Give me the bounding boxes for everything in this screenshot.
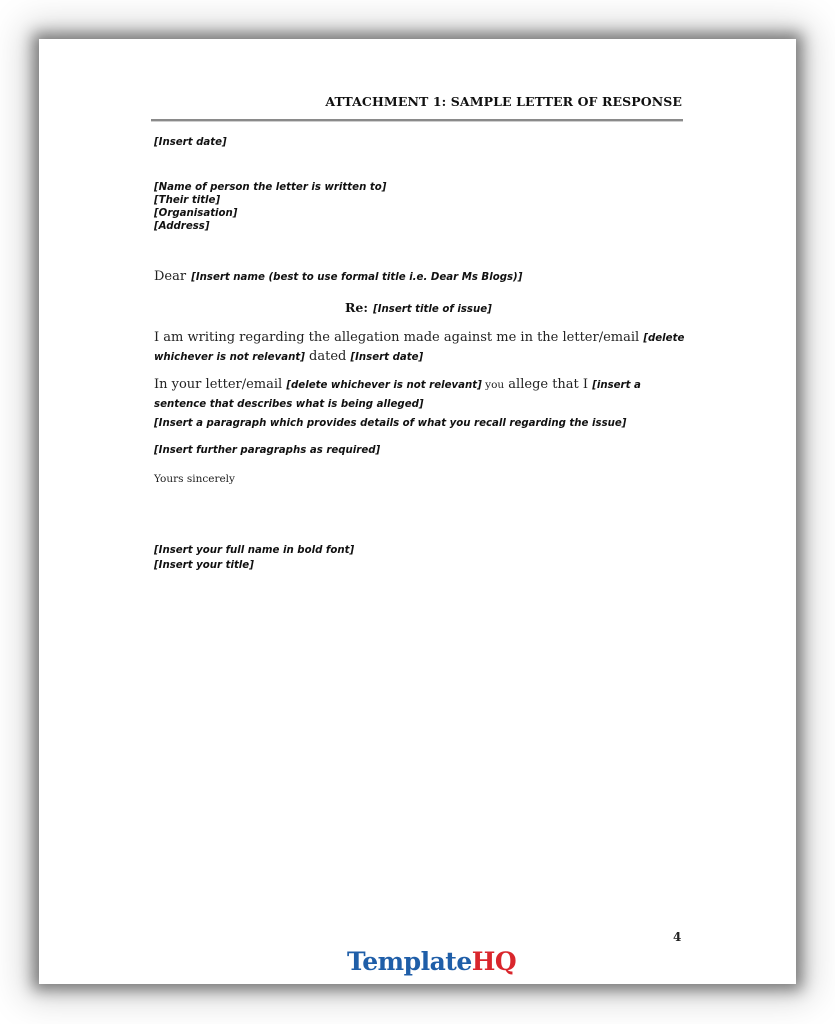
paragraph1-dated-text: dated — [305, 349, 351, 364]
document-heading: ATTACHMENT 1: SAMPLE LETTER OF RESPONSE — [325, 94, 682, 109]
logo-hq-text: HQ — [472, 947, 516, 976]
paragraph-allegation-reference: I am writing regarding the allegation ma… — [154, 328, 694, 366]
date-placeholder: [Insert date] — [154, 137, 227, 148]
re-label: Re: — [345, 300, 368, 315]
heading-rule — [151, 119, 683, 122]
templatehq-logo: TemplateHQ — [347, 947, 516, 976]
logo-template-text: Template — [347, 947, 472, 976]
paragraph1-text: I am writing regarding the allegation ma… — [154, 330, 643, 345]
recipient-address: [Address] — [154, 220, 386, 233]
re-line: Re: [Insert title of issue] — [345, 297, 492, 316]
page-number: 4 — [673, 930, 681, 944]
document-page: ATTACHMENT 1: SAMPLE LETTER OF RESPONSE … — [39, 39, 796, 984]
signature-name: [Insert your full name in bold font] — [154, 543, 354, 558]
re-placeholder: [Insert title of issue] — [373, 304, 492, 315]
signature-title: [Insert your title] — [154, 558, 354, 573]
paragraph2-allege-text: allege that I — [504, 377, 592, 392]
paragraph2-you-text: you — [482, 379, 504, 391]
salutation-prefix: Dear — [154, 269, 186, 284]
salutation: Dear [Insert name (best to use formal ti… — [154, 265, 522, 284]
recipient-block: [Name of person the letter is written to… — [154, 181, 386, 233]
recipient-organisation: [Organisation] — [154, 207, 386, 220]
closing: Yours sincerely — [154, 473, 235, 485]
paragraph-further-placeholder: [Insert further paragraphs as required] — [154, 445, 380, 456]
paragraph2-text: In your letter/email — [154, 377, 286, 392]
signature-block: [Insert your full name in bold font] [In… — [154, 543, 354, 573]
salutation-placeholder: [Insert name (best to use formal title i… — [191, 272, 522, 283]
paragraph-allegation-details: In your letter/email [delete whichever i… — [154, 375, 694, 413]
paragraph1-placeholder-date: [Insert date] — [350, 352, 423, 363]
recipient-name: [Name of person the letter is written to… — [154, 181, 386, 194]
paragraph-recall-placeholder: [Insert a paragraph which provides detai… — [154, 418, 626, 429]
paragraph2-placeholder-letter-email: [delete whichever is not relevant] — [286, 380, 481, 391]
recipient-title: [Their title] — [154, 194, 386, 207]
